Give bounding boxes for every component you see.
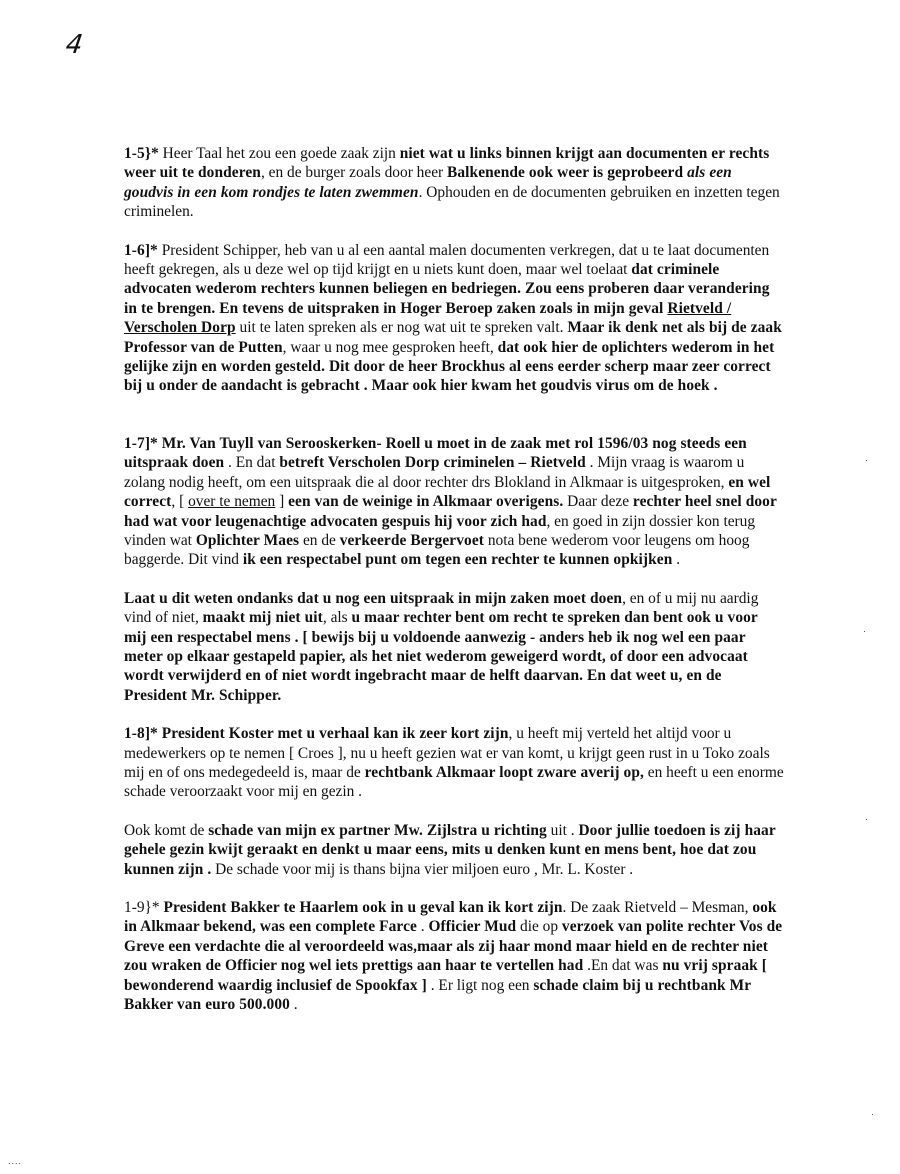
text-segment: verkeerde Bergervoet xyxy=(340,532,484,549)
text-segment: Balkenende ook weer is geprobeerd xyxy=(447,164,687,181)
text-segment: . De zaak Rietveld – Mesman, xyxy=(563,899,753,916)
text-segment: , waar u nog mee gesproken heeft, xyxy=(283,339,498,356)
scan-speck xyxy=(872,1114,873,1115)
text-segment: 1-8]* President Koster met u verhaal kan… xyxy=(124,725,509,742)
document-page: 4 1-5}* Heer Taal het zou een goede zaak… xyxy=(0,0,900,1174)
paragraph-gap xyxy=(124,396,784,434)
text-segment: 1-6]* xyxy=(124,242,158,259)
paragraph-1-7: 1-7]* Mr. Van Tuyll van Serooskerken- Ro… xyxy=(124,434,784,570)
paragraph-1-5: 1-5}* Heer Taal het zou een goede zaak z… xyxy=(124,144,784,222)
text-segment: Laat u dit weten ondanks dat u nog een u… xyxy=(124,590,622,607)
scan-speck xyxy=(866,460,867,461)
paragraph-1-8: 1-8]* President Koster met u verhaal kan… xyxy=(124,724,784,802)
text-segment: . xyxy=(672,551,680,568)
text-segment: Officier Mud xyxy=(428,918,516,935)
letter-body: 1-5}* Heer Taal het zou een goede zaak z… xyxy=(124,144,784,1014)
text-segment: De schade voor mij is thans bijna vier m… xyxy=(211,861,633,878)
text-segment: Ook komt de xyxy=(124,822,208,839)
paragraph-gap xyxy=(124,570,784,589)
paragraph-gap xyxy=(124,222,784,241)
text-segment: . xyxy=(417,918,429,935)
text-segment: 1-5}* xyxy=(124,145,159,162)
text-segment: .En dat was xyxy=(583,957,662,974)
text-segment: uit te laten spreken als er nog wat uit … xyxy=(236,319,568,336)
text-segment: Oplichter Maes xyxy=(196,532,299,549)
handwritten-page-number: 4 xyxy=(64,30,85,60)
paragraph-ook-komt: Ook komt de schade van mijn ex partner M… xyxy=(124,821,784,879)
text-segment: schade van mijn ex partner Mw. Zijlstra … xyxy=(208,822,547,839)
text-segment: een van de weinige in Alkmaar overigens. xyxy=(288,493,563,510)
text-segment: uit . xyxy=(547,822,579,839)
text-segment: maakt mij niet uit xyxy=(203,609,323,626)
text-segment: , [ xyxy=(171,493,188,510)
text-segment: over te nemen xyxy=(188,493,275,510)
text-segment: , als xyxy=(323,609,352,626)
text-segment: 1-9}* xyxy=(124,899,163,916)
text-segment: President Bakker te Haarlem ook in u gev… xyxy=(163,899,562,916)
paragraph-gap xyxy=(124,802,784,821)
text-segment: Heer Taal het zou een goede zaak zijn xyxy=(159,145,400,162)
paragraph-1-9: 1-9}* President Bakker te Haarlem ook in… xyxy=(124,898,784,1014)
text-segment: . Er ligt nog een xyxy=(427,977,533,994)
scan-speck xyxy=(864,631,865,632)
text-segment: en de xyxy=(299,532,340,549)
text-segment: Daar deze xyxy=(563,493,633,510)
text-segment: rechtbank Alkmaar loopt zware averij op, xyxy=(365,764,644,781)
paragraph-gap xyxy=(124,705,784,724)
text-segment: betreft Verscholen Dorp criminelen – Rie… xyxy=(279,454,585,471)
text-segment: ] xyxy=(275,493,288,510)
text-segment: . En dat xyxy=(224,454,279,471)
text-segment: , en de burger zoals door heer xyxy=(261,164,447,181)
footer-scan-marks: .... xyxy=(8,1156,22,1166)
text-segment: die op xyxy=(516,918,562,935)
paragraph-gap xyxy=(124,879,784,898)
paragraph-1-6: 1-6]* President Schipper, heb van u al e… xyxy=(124,241,784,396)
text-segment: . xyxy=(290,996,298,1013)
text-segment: ik een respectabel punt om tegen een rec… xyxy=(243,551,673,568)
paragraph-laat-u: Laat u dit weten ondanks dat u nog een u… xyxy=(124,589,784,705)
scan-speck xyxy=(866,819,867,820)
